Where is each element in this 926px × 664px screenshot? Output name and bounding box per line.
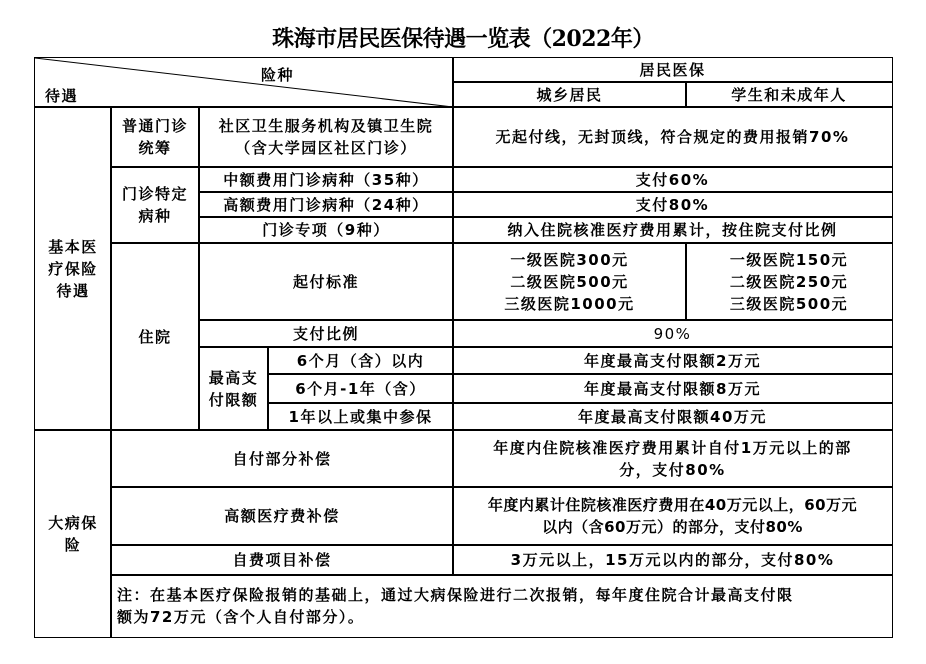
item-text: 中额费用门诊病种（35种） (223, 169, 428, 191)
label-text: 支付比例 (293, 323, 359, 345)
ratio-value: 90% (452, 319, 893, 348)
period-text: 6个月-1年（含） (295, 378, 426, 400)
cap-value: 年度最高支付限额40万元 (452, 402, 893, 431)
critical-value: 3万元以上，15万元以内的部分，支付80% (452, 544, 893, 576)
label-text: 住院 (138, 326, 171, 348)
value-line: 年度内住院核准医疗费用累计自付1万元以上的部 (493, 437, 851, 459)
label-line: 病种 (138, 205, 171, 227)
general-outpatient-scope: 社区卫生服务机构及镇卫生院（含大学园区社区门诊） (198, 106, 454, 168)
label-text: 起付标准 (293, 271, 359, 293)
cap-value: 年度最高支付限额8万元 (452, 373, 893, 404)
special-outpatient-item: 门诊专项（9种） (198, 216, 454, 244)
label-line: 普通门诊 (122, 115, 188, 137)
cap-period: 6个月-1年（含） (267, 373, 454, 404)
value-text: 支付60% (636, 169, 709, 191)
value-line: 分，支付80% (619, 459, 725, 481)
basic-insurance-label: 基本医疗保险待遇 (34, 106, 112, 431)
deductible-line: 二级医院250元 (730, 271, 848, 293)
special-outpatient-value: 支付60% (452, 166, 893, 193)
header-insurance-type: 险种 (261, 64, 294, 85)
label-line: 疗保险 (48, 258, 98, 280)
deductible-urban-rural: 一级医院300元二级医院500元三级医院1000元 (452, 242, 687, 321)
header-col-label: 学生和未成年人 (731, 84, 847, 106)
deductible-line: 三级医院500元 (730, 293, 848, 315)
diagonal-divider (35, 58, 455, 109)
deductible-line: 二级医院500元 (510, 271, 628, 293)
special-outpatient-item: 高额费用门诊病种（24种） (198, 191, 454, 218)
label-line: 险 (65, 534, 82, 556)
inpatient-label: 住院 (110, 242, 200, 431)
critical-insurance-label: 大病保险 (34, 429, 112, 638)
cap-period: 1年以上或集中参保 (267, 402, 454, 431)
header-col-label: 城乡居民 (536, 84, 602, 106)
page-title: 珠海市居民医保待遇一览表（2022年） (0, 24, 926, 54)
item-text: 自费项目补偿 (232, 549, 331, 571)
note-line: 注：在基本医疗保险报销的基础上，通过大病保险进行二次报销，每年度住院合计最高支付… (117, 584, 794, 606)
deductible-line: 三级医院1000元 (504, 293, 634, 315)
label-line: 最高支 (209, 367, 259, 389)
deductible-label: 起付标准 (198, 242, 454, 321)
value-text: 年度最高支付限额8万元 (584, 378, 761, 400)
label-line: 待遇 (56, 280, 89, 302)
general-outpatient-label: 普通门诊统筹 (110, 106, 200, 168)
header-students: 学生和未成年人 (685, 81, 893, 108)
value-text: 无起付线，无封顶线，符合规定的费用报销70% (496, 126, 850, 148)
critical-value: 年度内住院核准医疗费用累计自付1万元以上的部分，支付80% (452, 429, 893, 488)
critical-item: 高额医疗费补偿 (110, 486, 454, 546)
header-urban-rural: 城乡居民 (452, 81, 687, 108)
critical-item: 自费项目补偿 (110, 544, 454, 576)
value-text: 支付80% (636, 194, 709, 216)
period-text: 1年以上或集中参保 (289, 406, 433, 428)
period-text: 6个月（含）以内 (297, 350, 424, 372)
critical-item: 自付部分补偿 (110, 429, 454, 488)
value-line: 年度内累计住院核准医疗费用在40万元以上，60万元 (488, 494, 857, 516)
cap-label: 最高支付限额 (198, 346, 269, 431)
value-text: 90% (654, 323, 692, 345)
deductible-line: 一级医院300元 (510, 249, 628, 271)
special-outpatient-value: 纳入住院核准医疗费用累计，按住院支付比例 (452, 216, 893, 244)
header-benefits: 待遇 (45, 85, 78, 106)
scope-line: 社区卫生服务机构及镇卫生院 (219, 115, 434, 137)
header-group-label: 居民医保 (639, 59, 705, 81)
cap-value: 年度最高支付限额2万元 (452, 346, 893, 375)
note-line: 额为72万元（含个人自付部分）。 (117, 606, 364, 628)
header-resident-insurance: 居民医保 (452, 57, 893, 83)
value-text: 年度最高支付限额2万元 (584, 350, 761, 372)
note-cell: 注：在基本医疗保险报销的基础上，通过大病保险进行二次报销，每年度住院合计最高支付… (110, 574, 893, 638)
deductible-line: 一级医院150元 (730, 249, 848, 271)
item-text: 门诊专项（9种） (262, 219, 389, 241)
scope-line: （含大学园区社区门诊） (235, 137, 417, 159)
item-text: 自付部分补偿 (232, 448, 331, 470)
general-outpatient-value: 无起付线，无封顶线，符合规定的费用报销70% (452, 106, 893, 168)
value-text: 年度最高支付限额40万元 (578, 406, 767, 428)
deductible-students: 一级医院150元二级医院250元三级医院500元 (685, 242, 893, 321)
label-line: 门诊特定 (122, 183, 188, 205)
ratio-label: 支付比例 (198, 319, 454, 348)
value-text: 纳入住院核准医疗费用累计，按住院支付比例 (507, 219, 837, 241)
item-text: 高额费用门诊病种（24种） (223, 194, 428, 216)
label-line: 付限额 (209, 389, 259, 411)
label-line: 统筹 (138, 137, 171, 159)
cap-period: 6个月（含）以内 (267, 346, 454, 375)
value-line: 以内（含60万元）的部分，支付80% (542, 516, 803, 538)
special-outpatient-label: 门诊特定病种 (110, 166, 200, 244)
critical-value: 年度内累计住院核准医疗费用在40万元以上，60万元以内（含60万元）的部分，支付… (452, 486, 893, 546)
special-outpatient-value: 支付80% (452, 191, 893, 218)
value-line: 3万元以上，15万元以内的部分，支付80% (511, 549, 835, 571)
special-outpatient-item: 中额费用门诊病种（35种） (198, 166, 454, 193)
label-line: 大病保 (48, 512, 98, 534)
label-line: 基本医 (48, 236, 98, 258)
item-text: 高额医疗费补偿 (224, 505, 340, 527)
header-corner-cell: 险种 待遇 (34, 57, 454, 108)
